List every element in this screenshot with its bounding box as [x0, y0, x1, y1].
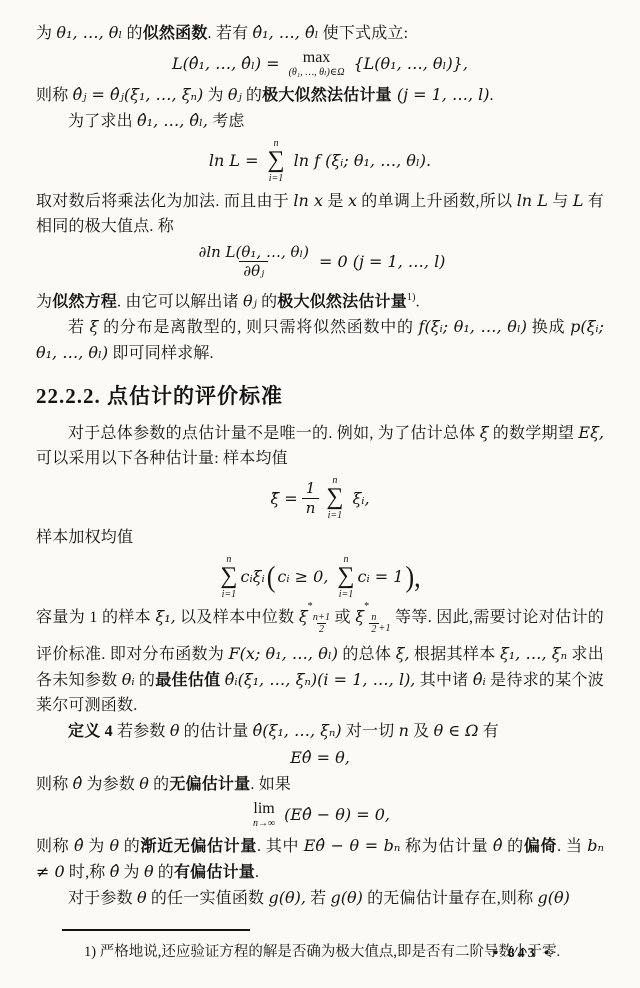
math-inline: θ̂ᵢ(ξ₁, …, ξₙ)(i = 1, …, l), — [225, 670, 416, 689]
text-run: 或 — [330, 609, 355, 626]
median-subscript-fraction: n2 — [369, 612, 378, 636]
operator-subscript: (θ₁, …, θₗ)∈Ω — [289, 68, 345, 78]
math-inline: ln L — [517, 191, 548, 210]
sum-lower-limit: i=1 — [222, 589, 237, 600]
text-run: 的 — [122, 25, 142, 42]
text-run: 是 — [323, 193, 348, 210]
text-run: 容量为 1 的样本 — [36, 609, 155, 626]
text-run: . 如果 — [250, 776, 291, 793]
paragraph-evaluation-criteria: 容量为 1 的样本 ξ₁, 以及样本中位数 ξ*n+12 或 ξ*n2+1 等等… — [36, 604, 604, 718]
summation-sign: n ∑ i=1 — [268, 138, 285, 184]
text-run: 若 — [306, 890, 331, 907]
bold-term-mle-estimator: 极大似然法估计量 — [262, 87, 392, 104]
text-run: . 由它可以解出诸 — [117, 293, 243, 310]
math-inline: θ̂(ξ₁, …, ξₙ) — [253, 721, 342, 740]
math-inline: ξ₁, — [155, 607, 175, 626]
math-inline: θ — [144, 862, 154, 881]
text-run: 换成 — [527, 319, 570, 336]
text-run: 样本加权均值 — [36, 529, 133, 546]
text-run: 时,称 — [65, 864, 110, 881]
formula-rhs: = 0 (j = 1, …, l) — [319, 252, 445, 271]
math-inline: θⱼ — [228, 85, 242, 104]
formula-rhs: {L(θ₁, …, θₗ)}, — [353, 54, 467, 73]
text-run: 为了求出 — [68, 113, 137, 130]
text-run: 的总体 — [338, 646, 396, 663]
text-run: 的任一实值函数 — [147, 890, 269, 907]
math-inline: g(θ), — [268, 888, 305, 907]
fraction-denominator: n — [302, 498, 320, 518]
text-run: 称为估计量 — [400, 838, 493, 855]
fraction-denominator: 2 — [369, 623, 378, 636]
math-inline: θ — [110, 836, 120, 855]
text-run: . 若有 — [208, 25, 253, 42]
text-run: 其中诸 — [415, 672, 472, 689]
text-run: 则称 — [36, 87, 73, 104]
bold-term-unbiased-estimator: 无偏估计量 — [169, 776, 250, 793]
fraction-denominator: ∂θⱼ — [239, 261, 268, 281]
math-inline: θ — [137, 888, 147, 907]
paragraph-to-find: 为了求出 θ̂₁, …, θ̂ₗ, 考虑 — [36, 108, 604, 134]
math-inline: Eθ̂ − θ = bₙ — [304, 836, 401, 855]
operator-subscript: n→∞ — [253, 819, 275, 829]
paragraph-discrete-case: 若 ξ 的分布是离散型的, 则只需将似然函数中的 f(ξᵢ; θ₁, …, θₗ… — [36, 314, 604, 366]
text-run: . 当 — [557, 838, 587, 855]
text-run: 为 — [84, 838, 110, 855]
sample-median-notation: ξ*n2+1 — [355, 604, 390, 641]
fraction-denominator: 2 — [317, 623, 326, 636]
text-run: 对于参数 — [68, 890, 137, 907]
math-inline: θ̂ — [73, 774, 83, 793]
math-inline: f(ξᵢ; θ₁, …, θₗ) — [419, 317, 528, 336]
text-run: 的 — [149, 776, 169, 793]
summation-sign: n ∑ i=1 — [337, 554, 354, 600]
paragraph-evaluation-intro: 对于总体参数的点估计量不是唯一的. 例如, 为了估计总体 ξ 的数学期望 Eξ,… — [36, 420, 604, 471]
text-run: 的 — [119, 838, 140, 855]
formula-equation: Eθ̂ = θ, — [290, 748, 350, 767]
math-inline: θ̂ — [74, 836, 84, 855]
formula-rhs: (Eθ̂ − θ) = 0, — [284, 805, 390, 824]
text-run: 以及样本中位数 — [176, 609, 299, 626]
math-inline: x — [348, 191, 357, 210]
math-inline: θ̂₁, …, θ̂ₗ — [253, 23, 319, 42]
section-heading: 22.2.2. 点估计的评价标准 — [36, 380, 604, 410]
text-run: 为参数 — [82, 776, 139, 793]
math-inline: n — [399, 721, 409, 740]
sigma-glyph: ∑ — [337, 565, 354, 589]
paragraph-mle-definition: 则称 θ̂ⱼ = θ̂ⱼ(ξ₁, …, ξₙ) 为 θⱼ 的极大似然法估计量 (… — [36, 82, 604, 108]
book-page: 为 θ₁, …, θₗ 的似然函数. 若有 θ̂₁, …, θ̂ₗ 使下式成立:… — [0, 0, 640, 988]
paragraph-weighted-mean-label: 样本加权均值 — [36, 525, 604, 550]
text-run: 的 — [154, 864, 174, 881]
math-inline: g(θ) — [331, 888, 363, 907]
sigma-glyph: ∑ — [220, 565, 237, 589]
text-run: 可以采用以下各种估计量: 样本均值 — [36, 450, 288, 467]
fraction-numerator: n+1 — [313, 612, 330, 624]
fraction: 1 n — [302, 479, 320, 518]
text-run: 则称 — [36, 776, 73, 793]
math-inline: L — [573, 191, 584, 210]
math-inline: θ₁, …, θₗ — [56, 23, 122, 42]
math-inline: θⱼ — [243, 291, 257, 310]
right-parenthesis: ), — [405, 559, 420, 595]
math-inline: ξ, — [396, 644, 410, 663]
math-inline: ξ₁, …, ξₙ — [500, 644, 567, 663]
math-inline: ξ — [480, 423, 489, 442]
footnote-reference: 1) — [407, 292, 416, 303]
text-run: 取对数后将乘法化为加法. 而且由于 — [36, 193, 293, 210]
text-run: 的 — [503, 838, 524, 855]
operator-name: lim — [253, 801, 274, 817]
paragraph-definition-4: 定义 4 若参数 θ 的估计量 θ̂(ξ₁, …, ξₙ) 对一切 n 及 θ … — [36, 718, 604, 744]
bold-term-bias: 偏倚 — [524, 838, 557, 855]
footnote-rule — [62, 929, 250, 931]
text-run: 为 — [203, 87, 228, 104]
math-inline: θ̂ — [493, 836, 503, 855]
left-parenthesis: ( — [267, 559, 276, 595]
operator-name: max — [303, 50, 331, 66]
paragraph-unbiased-name: 则称 θ̂ 为参数 θ 的无偏估计量. 如果 — [36, 771, 604, 797]
text-run: 与 — [548, 193, 573, 210]
paragraph-logarithm: 取对数后将乘法化为加法. 而且由于 ln x 是 x 的单调上升函数,所以 ln… — [36, 188, 604, 239]
bold-term-definition-4: 定义 4 — [68, 723, 113, 740]
text-run: 若 — [68, 319, 90, 336]
formula-likelihood-max: L(θ̂₁, …, θ̂ₗ) = max (θ₁, …, θₗ)∈Ω {L(θ₁… — [36, 50, 604, 78]
math-inline: θ̂ⱼ = θ̂ⱼ(ξ₁, …, ξₙ) — [73, 85, 204, 104]
formula-unbiased: Eθ̂ = θ, — [36, 748, 604, 767]
math-inline: g(θ) — [538, 888, 570, 907]
math-inline: Eξ, — [578, 423, 604, 442]
formula-limit: lim n→∞ (Eθ̂ − θ) = 0, — [36, 801, 604, 829]
formula-log-likelihood: ln L = n ∑ i=1 ln f (ξᵢ; θ₁, …, θₗ). — [36, 138, 604, 184]
math-inline: θ — [139, 774, 149, 793]
formula-body: cᵢξᵢ — [240, 567, 264, 586]
footnote-body: 严格地说,还应验证方程的解是否确为极大值点,即是否有二阶导数小于零. — [100, 944, 560, 960]
median-base: ξ — [299, 604, 308, 629]
formula-rhs: ξᵢ, — [352, 489, 369, 508]
sum-lower-limit: i=1 — [328, 510, 343, 521]
median-subscript-tail: +1 — [379, 616, 391, 641]
text-run: 的 — [242, 87, 262, 104]
text-run: 使下式成立: — [318, 25, 408, 42]
bold-term-likelihood-equation: 似然方程 — [52, 293, 117, 310]
text-run: 考虑 — [208, 113, 245, 130]
math-inline: θ̂₁, …, θ̂ₗ, — [137, 111, 208, 130]
text-run: 的分布是离散型的, 则只需将似然函数中的 — [98, 319, 418, 336]
formula-likelihood-equation: ∂ln L(θ₁, …, θₗ) ∂θⱼ = 0 (j = 1, …, l) — [36, 243, 604, 282]
paragraph-asymptotic: 则称 θ̂ 为 θ 的渐近无偏估计量. 其中 Eθ̂ − θ = bₙ 称为估计… — [36, 833, 604, 885]
bold-term-best-estimate: 最佳估值 — [155, 672, 220, 689]
text-run: 对于总体参数的点估计量不是唯一的. 例如, 为了估计总体 — [68, 425, 480, 442]
paragraph-likelihood-equation-name: 为似然方程. 由它可以解出诸 θⱼ 的极大似然法估计量1). — [36, 285, 604, 314]
sigma-glyph: ∑ — [326, 486, 343, 510]
sigma-glyph: ∑ — [268, 149, 285, 173]
text-run: 的无偏估计量存在,则称 — [363, 890, 538, 907]
text-run: 的数学期望 — [489, 425, 579, 442]
formula-rhs: ln f (ξᵢ; θ₁, …, θₗ). — [294, 151, 432, 170]
paragraph-g-theta: 对于参数 θ 的任一实值函数 g(θ), 若 g(θ) 的无偏估计量存在,则称 … — [36, 885, 604, 911]
text-run: . — [255, 864, 259, 881]
text-run: 则称 — [36, 838, 74, 855]
limit-operator: lim n→∞ — [253, 801, 275, 829]
max-operator: max (θ₁, …, θₗ)∈Ω — [289, 50, 345, 78]
text-run: 对一切 — [342, 723, 399, 740]
bold-term-asymptotic-unbiased: 渐近无偏估计量 — [140, 838, 257, 855]
median-star: * — [308, 602, 313, 612]
text-run: . 其中 — [257, 838, 304, 855]
text-run: 的 — [135, 672, 156, 689]
condition-two: cᵢ = 1 — [358, 567, 404, 586]
text-run: . — [416, 293, 420, 310]
median-base: ξ — [355, 604, 364, 629]
fraction-numerator: ∂ln L(θ₁, …, θₗ) — [199, 243, 309, 262]
math-inline: θ̂ — [110, 862, 120, 881]
paragraph-likelihood-intro: 为 θ₁, …, θₗ 的似然函数. 若有 θ̂₁, …, θ̂ₗ 使下式成立: — [36, 20, 604, 46]
text-run: 若参数 — [113, 723, 170, 740]
text-run: 为 — [36, 293, 52, 310]
math-inline: F(x; θ₁, …, θₗ) — [229, 644, 338, 663]
summation-sign: n ∑ i=1 — [326, 475, 343, 521]
text-run: 的 — [257, 293, 277, 310]
fraction-numerator: n — [371, 612, 376, 624]
formula-lhs: L(θ̂₁, …, θ̂ₗ) = — [172, 54, 280, 73]
math-inline: θ̂ᵢ — [473, 670, 486, 689]
median-star: * — [364, 602, 369, 612]
math-inline: (j = 1, …, l) — [392, 85, 490, 104]
formula-weighted-mean: n ∑ i=1 cᵢξᵢ ( cᵢ ≥ 0, n ∑ i=1 cᵢ = 1 ), — [36, 554, 604, 600]
median-subscript-fraction: n+12 — [313, 612, 330, 636]
text-run: 有 — [479, 723, 499, 740]
fraction: ∂ln L(θ₁, …, θₗ) ∂θⱼ — [199, 243, 309, 282]
formula-sample-mean: ξ̄ = 1 n n ∑ i=1 ξᵢ, — [36, 475, 604, 521]
text-run: 及 — [409, 723, 434, 740]
condition-one: cᵢ ≥ 0, — [277, 567, 328, 586]
text-run: . — [490, 87, 494, 104]
text-run: 为 — [119, 864, 144, 881]
math-inline: ln x — [293, 191, 323, 210]
sample-median-notation: ξ*n+12 — [299, 604, 330, 636]
bold-term-mle-estimator: 极大似然法估计量 — [277, 293, 407, 310]
summation-sign: n ∑ i=1 — [220, 554, 237, 600]
page-number: • 843 • — [493, 946, 552, 962]
math-inline: θ ∈ Ω — [434, 721, 479, 740]
math-inline: θᵢ — [122, 670, 135, 689]
sum-lower-limit: i=1 — [339, 589, 354, 600]
formula-lhs: ξ̄ = — [270, 489, 297, 508]
formula-lhs: ln L = — [209, 151, 259, 170]
text-run: 根据其样本 — [410, 646, 500, 663]
text-run: 的单调上升函数,所以 — [357, 193, 517, 210]
sum-lower-limit: i=1 — [269, 173, 284, 184]
bold-term-biased-estimator: 有偏估计量 — [174, 864, 255, 881]
footnote-marker: 1) — [84, 944, 96, 960]
text-run: 的估计量 — [179, 723, 252, 740]
fraction-numerator: 1 — [306, 479, 316, 498]
text-run: 为 — [36, 25, 56, 42]
bold-term-likelihood-function: 似然函数 — [143, 25, 208, 42]
text-run: 即可同样求解. — [108, 345, 214, 362]
